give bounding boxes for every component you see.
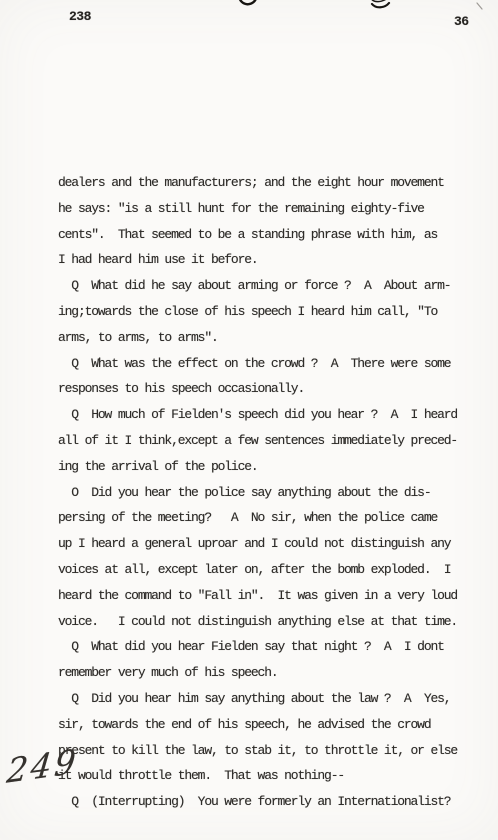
text-line: up I heard a general uproar and I could … xyxy=(58,531,468,557)
text-line: persing of the meeting? A No sir, when t… xyxy=(58,505,468,531)
text-line: sir, towards the end of his speech, he a… xyxy=(58,712,468,738)
text-line: voices at all, except later on, after th… xyxy=(58,557,468,583)
text-line: O Did you hear the police say anything a… xyxy=(58,480,468,506)
text-line: Q What was the effect on the crowd ? A T… xyxy=(58,351,468,377)
text-line: arms, to arms, to arms". xyxy=(58,325,468,351)
scanned-document-page: 238 36 dealers and the manufacturers; an… xyxy=(0,0,498,840)
text-line: it would throttle them. That was nothing… xyxy=(58,763,468,789)
text-line: Q What did you hear Fielden say that nig… xyxy=(58,634,468,660)
text-line: heard the command to "Fall in". It was g… xyxy=(58,583,468,609)
text-line: Q (Interrupting) You were formerly an In… xyxy=(58,789,468,815)
page-number-left: 238 xyxy=(69,9,91,24)
page-number-right: 36 xyxy=(454,14,469,29)
text-line: present to kill the law, to stab it, to … xyxy=(58,738,468,764)
text-line: remember very much of his speech. xyxy=(58,660,468,686)
ink-curl-top-icon xyxy=(371,0,389,2)
text-line: he says: "is a still hunt for the remain… xyxy=(58,196,468,222)
text-line: voice. I could not distinguish anything … xyxy=(58,609,468,635)
ink-tick-icon xyxy=(477,3,482,9)
text-line: all of it I think,except a few sentences… xyxy=(58,428,468,454)
text-line: ing;towards the close of his speech I he… xyxy=(58,299,468,325)
text-line: cents". That seemed to be a standing phr… xyxy=(58,222,468,248)
text-line: I had heard him use it before. xyxy=(58,247,468,273)
transcript-body: dealers and the manufacturers; and the e… xyxy=(58,170,468,815)
text-line: dealers and the manufacturers; and the e… xyxy=(58,170,468,196)
text-line: Q How much of Fielden's speech did you h… xyxy=(58,402,468,428)
text-line: Q Did you hear him say anything about th… xyxy=(58,686,468,712)
ink-curl-bottom-icon xyxy=(372,3,389,7)
text-line: ing the arrival of the police. xyxy=(58,454,468,480)
ink-loop-mark-icon xyxy=(239,0,257,4)
text-line: responses to his speech occasionally. xyxy=(58,376,468,402)
text-line: Q What did he say about arming or force … xyxy=(58,273,468,299)
